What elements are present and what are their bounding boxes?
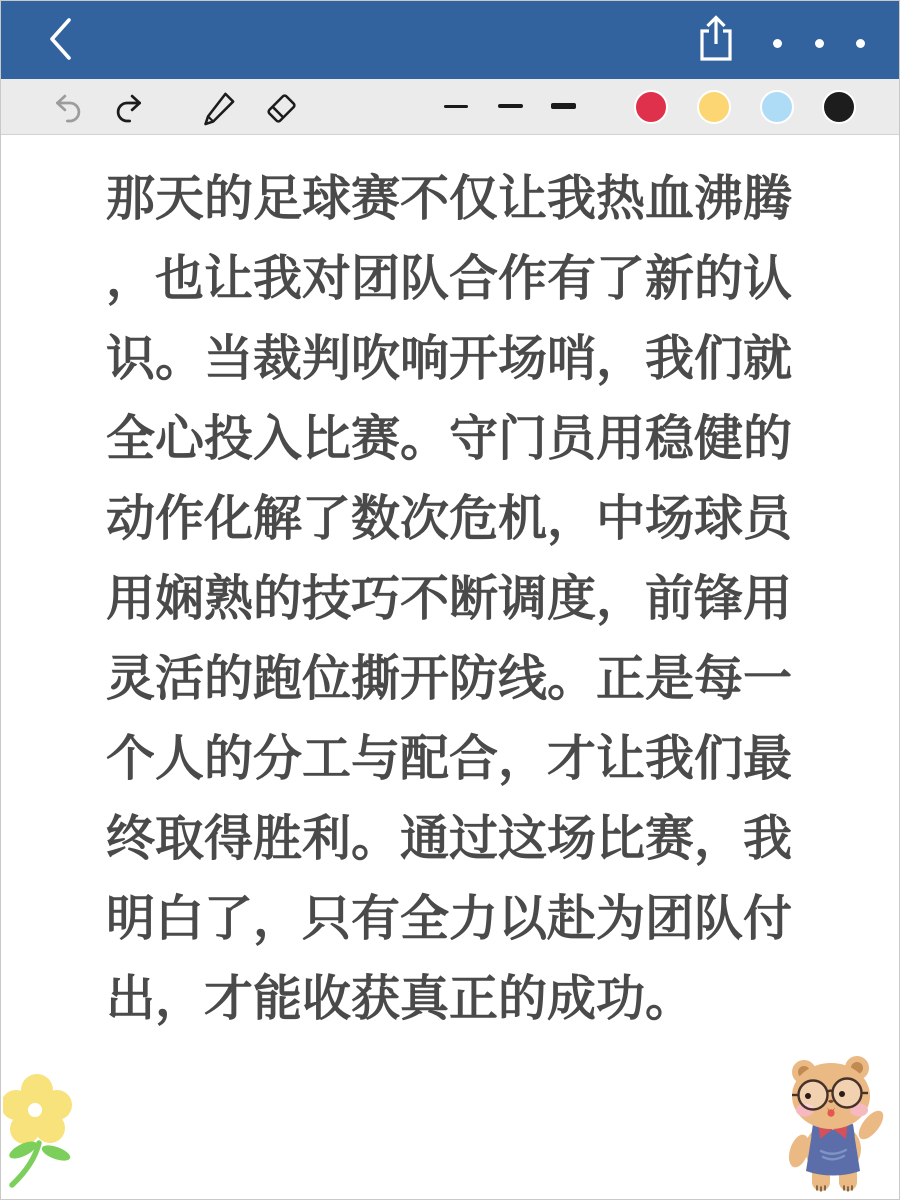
- stroke-thin-button[interactable]: [436, 89, 476, 125]
- bear-icon: [783, 1053, 887, 1195]
- color-swatch-light-blue[interactable]: [760, 90, 794, 124]
- yellow-flower-sticker: [3, 1069, 95, 1195]
- redo-button[interactable]: [108, 92, 138, 122]
- stroke-medium-button[interactable]: [490, 89, 530, 125]
- top-navigation-bar: [1, 1, 900, 79]
- stroke-thick-button[interactable]: [543, 89, 583, 125]
- thin-stroke-icon: [444, 105, 468, 108]
- redo-icon: [114, 93, 132, 123]
- color-swatch-red[interactable]: [634, 90, 668, 124]
- bear-with-glasses-sticker: [783, 1053, 887, 1195]
- notes-app-screen: 那天的足球赛不仅让我热血沸腾 ，也让我对团队合作有了新的认 识。当裁判吹响开场哨…: [0, 0, 900, 1200]
- note-text-block: 那天的足球赛不仅让我热血沸腾 ，也让我对团队合作有了新的认 识。当裁判吹响开场哨…: [106, 159, 806, 1039]
- undo-icon: [53, 93, 71, 123]
- undo-button[interactable]: [47, 92, 77, 122]
- note-text-line: 动作化解了数次危机，中场球员: [106, 479, 806, 559]
- pencil-icon: [201, 90, 225, 126]
- thick-stroke-icon: [551, 103, 576, 109]
- back-button[interactable]: [45, 16, 75, 62]
- color-swatch-black[interactable]: [822, 90, 856, 124]
- note-text-line: 个人的分工与配合，才让我们最: [106, 719, 806, 799]
- note-text-line: 终取得胜利。通过这场比赛，我: [106, 799, 806, 879]
- note-text-line: 用娴熟的技巧不断调度，前锋用: [106, 559, 806, 639]
- note-text-line: 出，才能收获真正的成功。: [106, 959, 806, 1039]
- color-swatch-yellow[interactable]: [697, 90, 731, 124]
- flower-icon: [3, 1069, 95, 1195]
- more-options-button[interactable]: [773, 31, 865, 55]
- note-text-line: 识。当裁判吹响开场哨，我们就: [106, 319, 806, 399]
- note-text-line: 灵活的跑位撕开防线。正是每一: [106, 639, 806, 719]
- eraser-tool-button[interactable]: [259, 91, 292, 124]
- share-button[interactable]: [696, 13, 736, 65]
- share-icon: [696, 13, 736, 65]
- eraser-icon: [265, 92, 286, 125]
- note-text-line: 那天的足球赛不仅让我热血沸腾: [106, 159, 806, 239]
- note-text-line: 全心投入比赛。守门员用稳健的: [106, 399, 806, 479]
- ellipsis-dot-icon: [773, 39, 782, 48]
- ellipsis-dot-icon: [815, 39, 824, 48]
- chevron-left-icon: [45, 16, 75, 62]
- note-text-line: ，也让我对团队合作有了新的认: [106, 239, 806, 319]
- ellipsis-dot-icon: [856, 39, 865, 48]
- pen-tool-button[interactable]: [195, 89, 231, 125]
- note-content-area[interactable]: 那天的足球赛不仅让我热血沸腾 ，也让我对团队合作有了新的认 识。当裁判吹响开场哨…: [1, 135, 900, 1200]
- medium-stroke-icon: [498, 104, 523, 108]
- note-text-line: 明白了，只有全力以赴为团队付: [106, 879, 806, 959]
